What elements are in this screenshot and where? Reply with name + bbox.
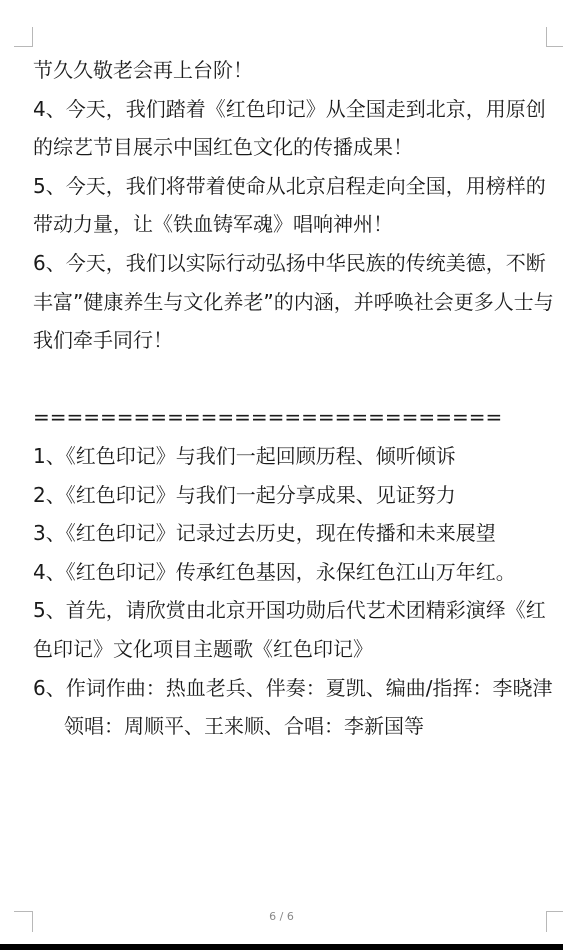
paragraph-line: 带动力量，让《铁血铸军魂》唱响神州！ [33, 205, 545, 244]
paragraph-line: 节久久敬老会再上台阶！ [33, 51, 545, 90]
list-item: 2、《红色印记》与我们一起分享成果、见证努力 [33, 476, 545, 515]
list-item-continuation: 领唱：周顺平、王来顺、合唱：李新国等 [33, 707, 545, 746]
corner-mark-top-left [14, 27, 33, 47]
paragraph-line: 丰富”健康养生与文化养老”的内涵，并呼唤社会更多人士与 [33, 283, 545, 322]
list-item: 3、《红色印记》记录过去历史，现在传播和未来展望 [33, 514, 545, 553]
list-item: 4、《红色印记》传承红色基因，永保红色江山万年红。 [33, 553, 545, 592]
list-item: 1、《红色印记》与我们一起回顾历程、倾听倾诉 [33, 437, 545, 476]
separator-line: ============================ [33, 398, 545, 437]
paragraph-line: 的综艺节目展示中国红色文化的传播成果！ [33, 128, 545, 167]
bottom-bar [0, 944, 563, 950]
corner-mark-top-right [546, 27, 563, 47]
list-item-continuation: 色印记》文化项目主题歌《红色印记》 [33, 630, 545, 669]
paragraph-line: 4、今天，我们踏着《红色印记》从全国走到北京，用原创 [33, 90, 545, 129]
list-item: 6、作词作曲：热血老兵、伴奏：夏凯、编曲/指挥：李晓津 [33, 669, 545, 708]
document-page: 节久久敬老会再上台阶！ 4、今天，我们踏着《红色印记》从全国走到北京，用原创 的… [0, 0, 563, 944]
page-number: 6 / 6 [0, 910, 563, 923]
paragraph-line: 5、今天，我们将带着使命从北京启程走向全国，用榜样的 [33, 167, 545, 206]
document-body: 节久久敬老会再上台阶！ 4、今天，我们踏着《红色印记》从全国走到北京，用原创 的… [33, 51, 545, 746]
blank-line [33, 360, 545, 399]
list-item: 5、首先，请欣赏由北京开国功勋后代艺术团精彩演绎《红 [33, 591, 545, 630]
paragraph-line: 6、今天，我们以实际行动弘扬中华民族的传统美德，不断 [33, 244, 545, 283]
paragraph-line: 我们牵手同行！ [33, 321, 545, 360]
